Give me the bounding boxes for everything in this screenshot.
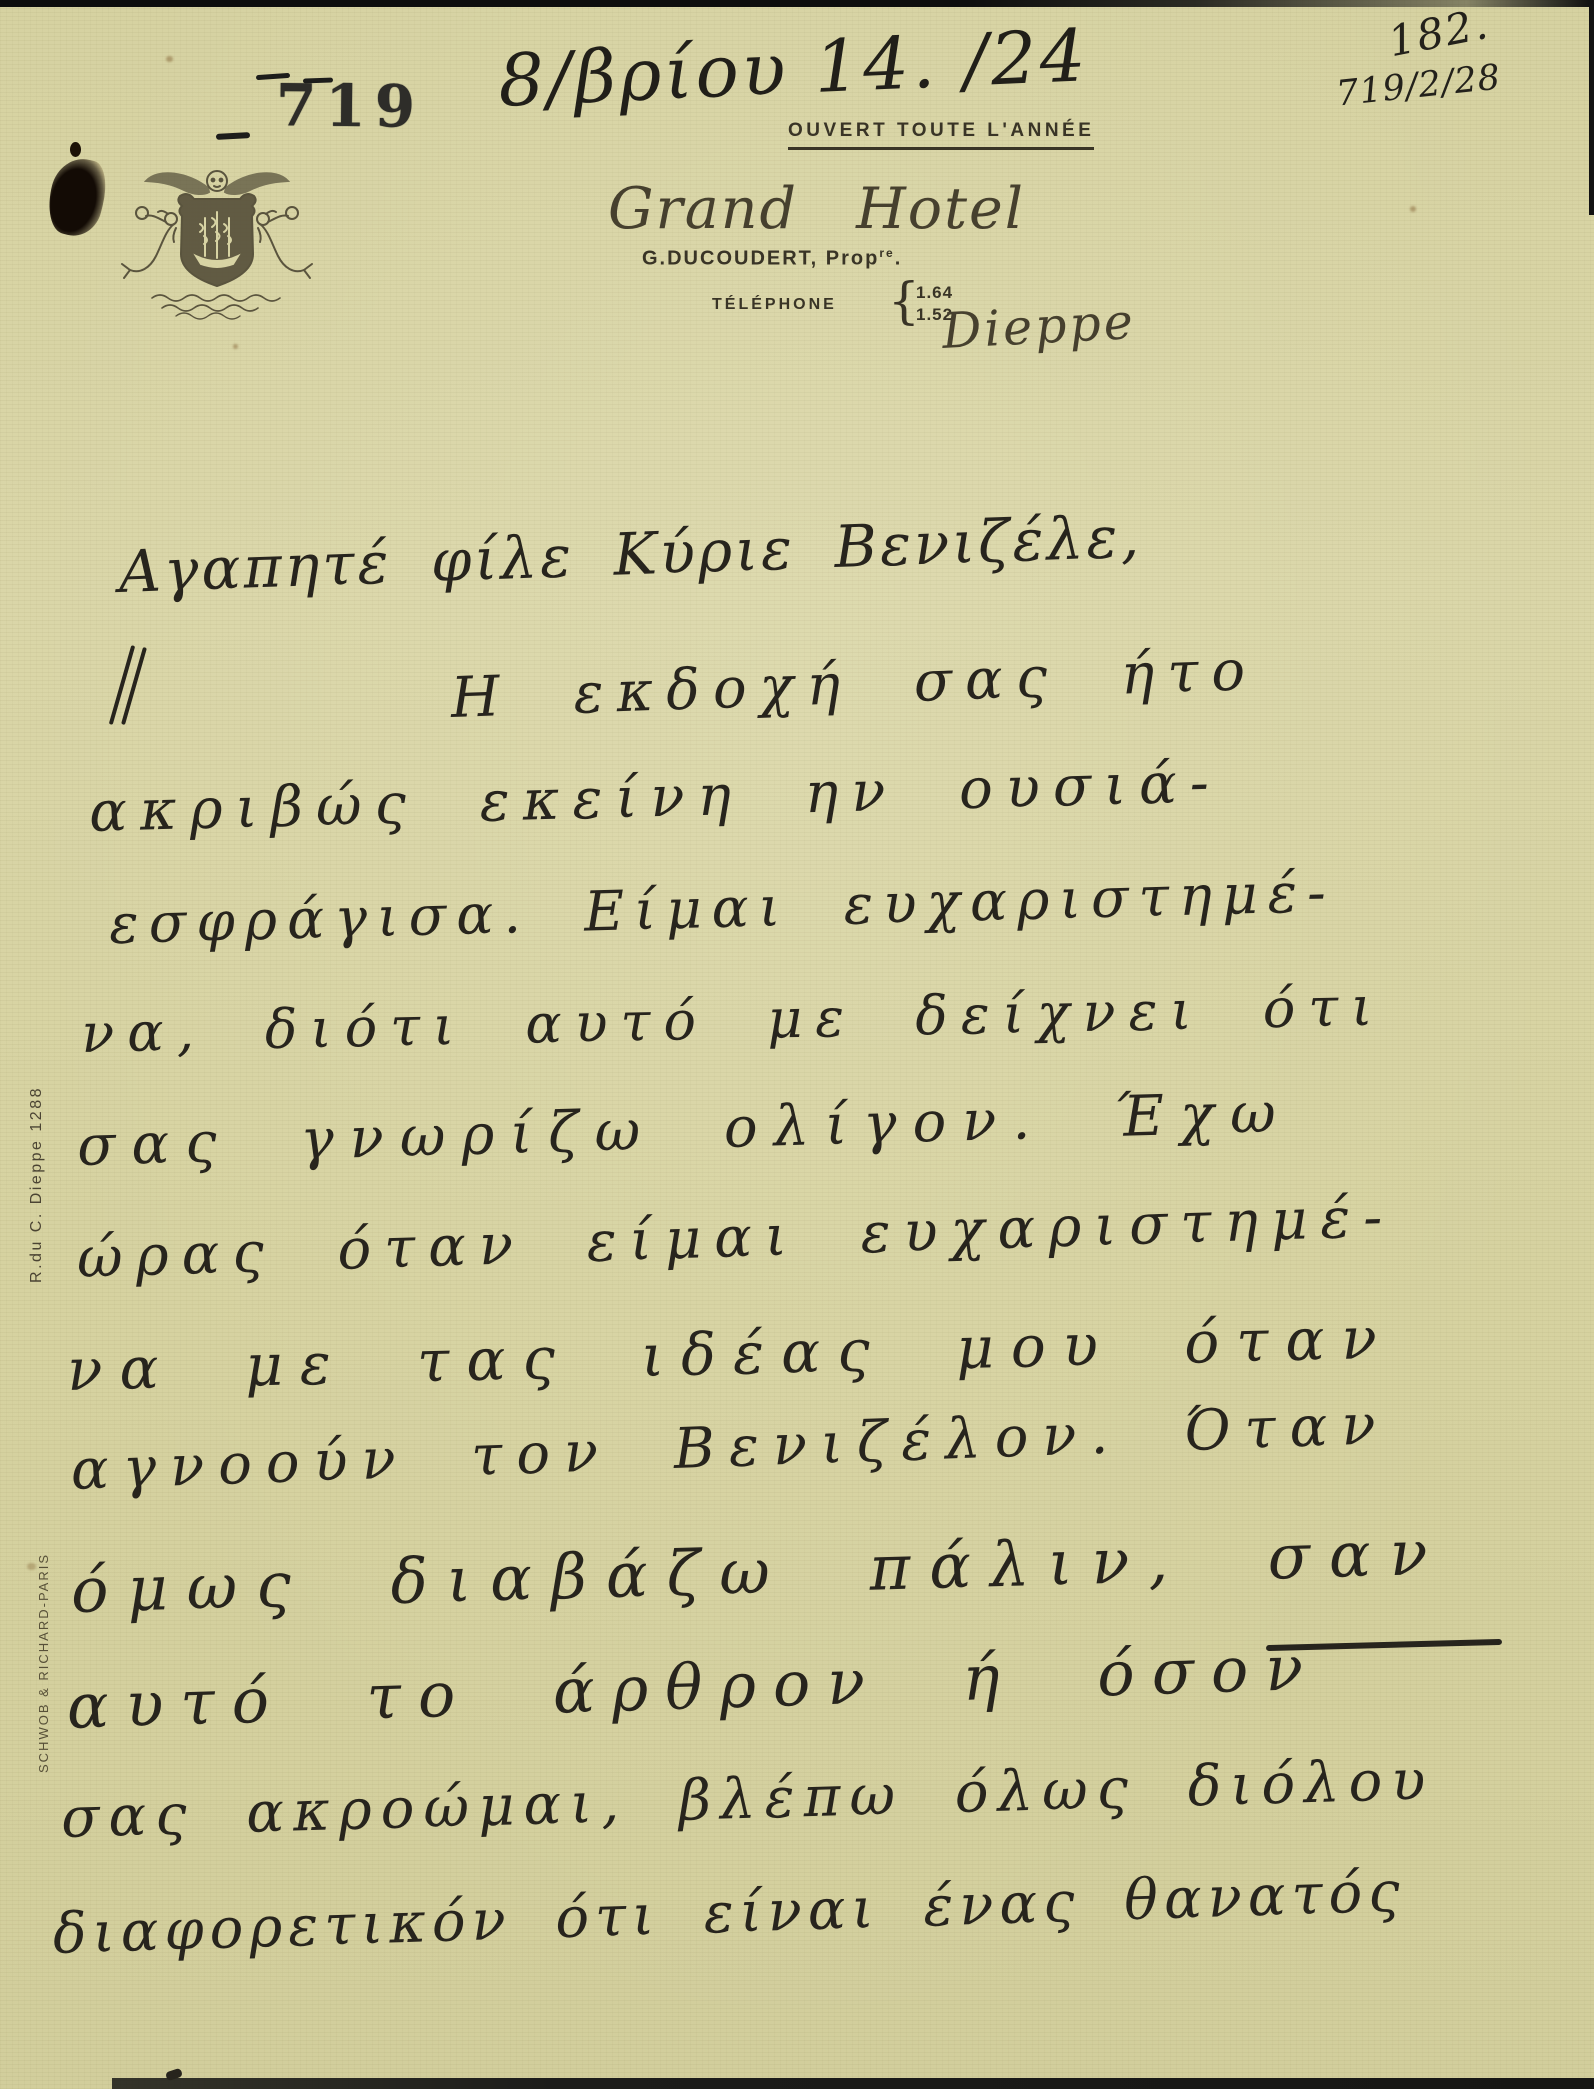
letter-line: να, διότι αυτό με δείχνει ότι bbox=[81, 975, 1386, 1065]
scan-edge-bottom bbox=[112, 2078, 1594, 2089]
foxing-spot bbox=[166, 56, 173, 62]
letter-line: αυτό το άρθρον ή όσον bbox=[66, 1631, 1321, 1743]
proprietor-line: G.DUCOUDERT, Propre. bbox=[642, 246, 902, 271]
hotel-name: Grand Hotel bbox=[608, 176, 1025, 242]
foxing-spot bbox=[233, 344, 238, 349]
ink-stain bbox=[41, 153, 112, 242]
letter-line: να με τας ιδέας μου όταν bbox=[66, 1304, 1394, 1404]
pen-dash-mark bbox=[216, 132, 250, 140]
archive-annotation-top: 182. bbox=[1384, 0, 1493, 66]
letter-line: αγνοούν τον Βενιζέλον. Όταν bbox=[70, 1392, 1391, 1503]
scan-edge-right bbox=[1589, 0, 1594, 215]
letter-line: σας ακροώμαι, βλέπω όλως διόλου bbox=[60, 1748, 1435, 1851]
printer-mark-upper: R.du C. Dieppe 1288 bbox=[28, 1086, 46, 1283]
foxing-spot bbox=[27, 1563, 36, 1570]
ink-stain-dot bbox=[70, 142, 81, 157]
letter-line: ακριβώς εκείνη ην ουσιά- bbox=[88, 750, 1222, 845]
telephone-label: TÉLÉPHONE bbox=[712, 296, 837, 314]
letter-line: ώρας όταν είμαι ευχαριστημέ- bbox=[76, 1185, 1396, 1291]
letter-line: διαφορετικόν ότι είναι ένας θανατός bbox=[52, 1860, 1407, 1967]
proprietor-text: G.DUCOUDERT, Prop bbox=[642, 248, 879, 270]
letter-line: σας γνωρίζω ολίγον. Έχω bbox=[76, 1080, 1292, 1179]
scanned-letter-page: 719 182. 719/2/28 8/βρίου 14. /24 bbox=[0, 0, 1594, 2089]
archive-annotation-bottom: 719/2/28 bbox=[1334, 57, 1502, 114]
proprietor-period: . bbox=[895, 248, 903, 270]
printer-mark-lower: SCHWOB & RICHARD-PARIS bbox=[36, 1553, 51, 1773]
proprietor-superscript: re bbox=[879, 246, 894, 260]
telephone-number-1: 1.64 bbox=[916, 282, 953, 304]
letter-line: εσφράγισα. Είμαι ευχαριστημέ- bbox=[108, 860, 1336, 956]
foxing-spot bbox=[1410, 206, 1416, 212]
handwritten-date: 8/βρίου 14. /24 bbox=[496, 13, 1090, 123]
pen-stroke bbox=[121, 647, 147, 725]
letter-line: όμως διαβάζω πάλιν, σαν bbox=[70, 1516, 1447, 1627]
letter-salutation: Αγαπητέ φίλε Κύριε Βενιζέλε, bbox=[118, 502, 1143, 606]
letter-line: Η εκδοχή σας ήτο bbox=[450, 638, 1259, 731]
hotel-crest-icon bbox=[116, 156, 318, 324]
city-name: Dieppe bbox=[941, 293, 1137, 360]
letterhead-banner: OUVERT TOUTE L'ANNÉE bbox=[788, 120, 1094, 150]
scan-edge-top bbox=[0, 0, 1594, 7]
archive-number-stamp: 719 bbox=[276, 71, 425, 141]
